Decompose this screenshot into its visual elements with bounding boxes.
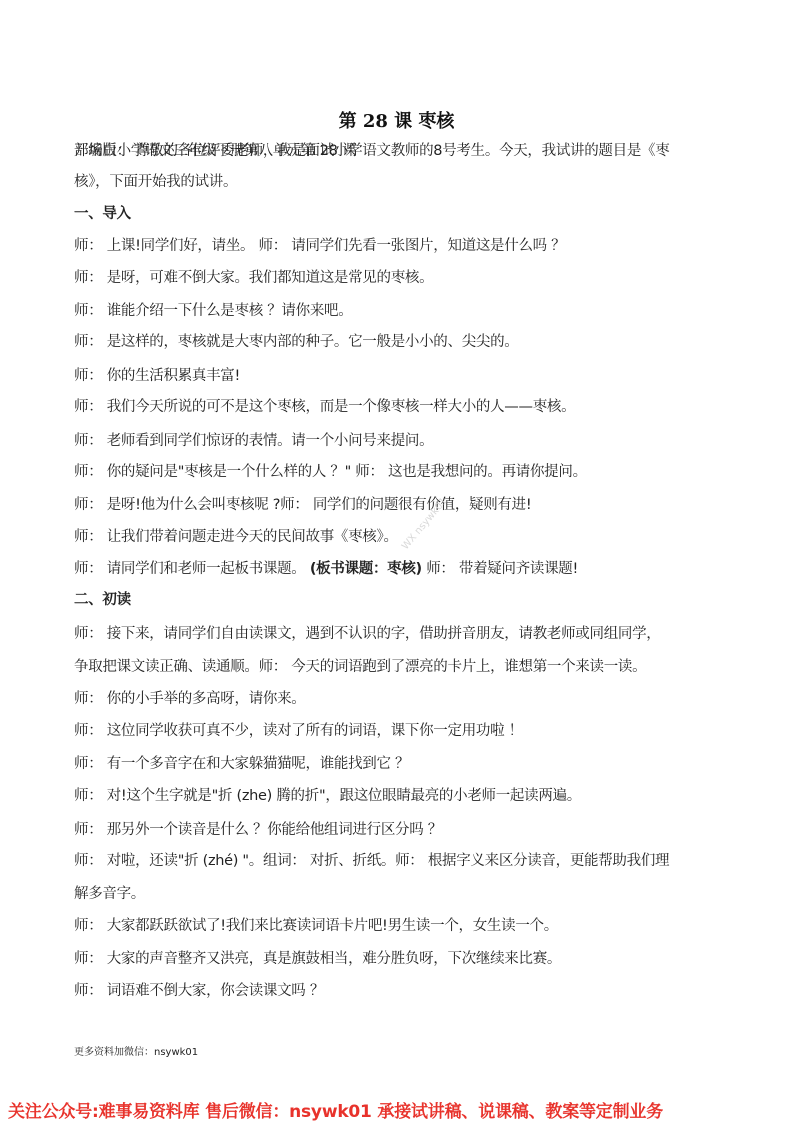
dialogue-line: 师： 那另外一个读音是什么 ？你能给他组词进行区分吗 ？ — [74, 818, 442, 839]
dialogue-line: 师： 是呀!他为什么会叫枣核呢 ?师： 同学们的问题很有价值，疑则有进! — [74, 493, 531, 514]
dialogue-line: 解多音字。 — [74, 882, 145, 903]
dialogue-line: 师： 老师看到同学们惊讶的表情。请一个小问号来提问。 — [74, 429, 433, 450]
dialogue-line: 师： 大家的声音整齐又洪亮，真是旗鼓相当，难分胜负呀，下次继续来比赛。 — [74, 947, 561, 968]
dialogue-line: 师： 对!这个生字就是"折 (zhe) 腾的折"，跟这位眼睛最亮的小老师一起读两… — [74, 784, 581, 805]
dialogue-line: 师： 让我们带着问题走进今天的民间故事《枣核》。 — [74, 525, 398, 546]
dialogue-line: 师： 对啦，还读"折 (zhé) "。组词： 对折、折纸。师： 根据字义来区分读… — [74, 849, 669, 870]
dialogue-line: 师： 词语难不倒大家，你会读课文吗 ？ — [74, 979, 324, 1000]
dialogue-line: 师： 上课!同学们好，请坐。 师： 请同学们先看一张图片，知道这是什么吗 ？ — [74, 234, 565, 255]
dialogue-line: 师： 接下来，请同学们自由读课文，遇到不认识的字，借助拼音朋友，请教老师或同组同… — [74, 622, 661, 643]
dialogue-line: 师： 你的小手举的多高呀，请你来。 — [74, 687, 306, 708]
dialogue-line: 师： 是这样的，枣核就是大枣内部的种子。它一般是小小的、尖尖的。 — [74, 330, 519, 351]
dialogue-line: 师： 是呀，可难不倒大家。我们都知道这是常见的枣核。 — [74, 266, 433, 287]
dialogue-line: 师： 你的疑问是"枣核是一个什么样的人 ？" 师： 这也是我想问的。再请你提问。 — [74, 460, 587, 481]
dialogue-line: 师： 有一个多音字在和大家躲猫猫呢，谁能找到它 ？ — [74, 752, 409, 773]
section-heading: 二、初读 — [74, 588, 131, 609]
dialogue-line: 争取把课文读正确、读通顺。师： 今天的词语跑到了漂亮的卡片上，谁想第一个来读一读… — [74, 655, 646, 676]
footer-promo-banner: 关注公众号:难事易资料库 售后微信：nsywk01 承接试讲稿、说课稿、教案等定… — [8, 1097, 788, 1122]
board-title-line: 师： 请同学们和老师一起板书课题。 (板书课题：枣核) 师： 带着疑问齐读课题! — [74, 557, 578, 578]
lesson-title: 第 28 课 枣核 — [0, 107, 793, 133]
dialogue-line: 师： 这位同学收获可真不少，读对了所有的词语，课下你一定用功啦 ！ — [74, 719, 523, 740]
dialogue-line: 师： 我们今天所说的可不是这个枣核，而是一个像枣核一样大小的人——枣核。 — [74, 395, 575, 416]
dialogue-line: 师： 你的生活积累真丰富! — [74, 364, 240, 385]
footer-wechat-note: 更多资料加微信：nsywk01 — [74, 1043, 198, 1058]
dialogue-line: 开场白： 尊敬的各位评委老师，我是面试小学语文教师的8号考生。今天，我试讲的题目… — [74, 139, 669, 160]
board-line-after: 师： 带着疑问齐读课题! — [422, 561, 578, 577]
dialogue-line: 师： 大家都跃跃欲试了!我们来比赛读词语卡片吧!男生读一个，女生读一个。 — [74, 914, 558, 935]
document-page: 第 28 课 枣核 部编版小学语文三年级下册第八单元第 28 课 开场白： 尊敬… — [0, 0, 793, 1122]
section-heading: 一、导入 — [74, 202, 131, 223]
dialogue-line: 核》，下面开始我的试讲。 — [74, 170, 237, 191]
board-line-before: 师： 请同学们和老师一起板书课题。 — [74, 561, 310, 577]
dialogue-line: 师： 谁能介绍一下什么是枣核 ？请你来吧。 — [74, 299, 352, 320]
board-title-bold: (板书课题：枣核) — [310, 561, 422, 577]
